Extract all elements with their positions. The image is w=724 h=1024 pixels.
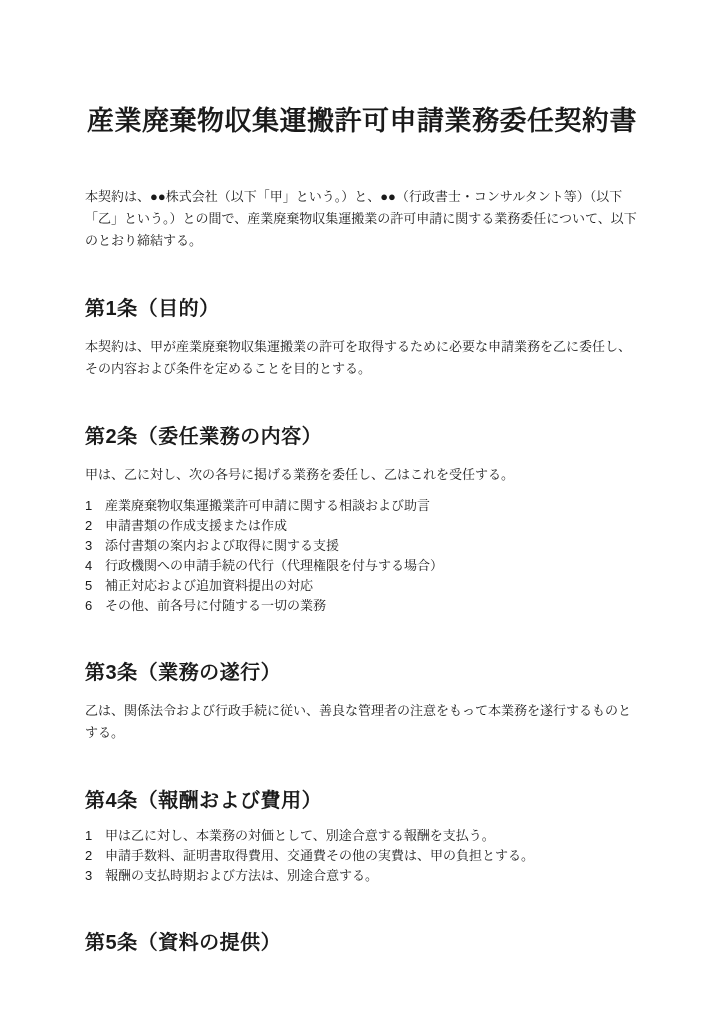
- article-paragraph: 甲は、乙に対し、次の各号に掲げる業務を委任し、乙はこれを受任する。: [85, 464, 639, 486]
- document-title: 産業廃棄物収集運搬許可申請業務委任契約書: [85, 100, 639, 142]
- item-number: 3: [85, 866, 105, 886]
- item-number: 6: [85, 596, 105, 616]
- item-text: 添付書類の案内および取得に関する支援: [105, 536, 639, 556]
- item-number: 2: [85, 516, 105, 536]
- item-number: 1: [85, 826, 105, 846]
- list-item: 2申請手数料、証明書取得費用、交通費その他の実費は、甲の負担とする。: [85, 846, 639, 866]
- article-section: 第5条（資料の提供）: [85, 928, 639, 958]
- article-heading: 第1条（目的）: [85, 294, 639, 324]
- articles-container: 第1条（目的）本契約は、甲が産業廃棄物収集運搬業の許可を取得するために必要な申請…: [85, 294, 639, 958]
- list-item: 4行政機関への申請手続の代行（代理権限を付与する場合）: [85, 556, 639, 576]
- numbered-list: 1甲は乙に対し、本業務の対価として、別途合意する報酬を支払う。2申請手数料、証明…: [85, 826, 639, 886]
- article-section: 第1条（目的）本契約は、甲が産業廃棄物収集運搬業の許可を取得するために必要な申請…: [85, 294, 639, 380]
- article-section: 第3条（業務の遂行）乙は、関係法令および行政手続に従い、善良な管理者の注意をもっ…: [85, 658, 639, 744]
- item-text: その他、前各号に付随する一切の業務: [105, 596, 639, 616]
- item-number: 5: [85, 576, 105, 596]
- article-paragraph: 本契約は、甲が産業廃棄物収集運搬業の許可を取得するために必要な申請業務を乙に委任…: [85, 336, 639, 380]
- article-heading: 第5条（資料の提供）: [85, 928, 639, 958]
- article-heading: 第2条（委任業務の内容）: [85, 422, 639, 452]
- item-number: 3: [85, 536, 105, 556]
- item-text: 産業廃棄物収集運搬業許可申請に関する相談および助言: [105, 496, 639, 516]
- list-item: 1産業廃棄物収集運搬業許可申請に関する相談および助言: [85, 496, 639, 516]
- list-item: 2申請書類の作成支援または作成: [85, 516, 639, 536]
- article-section: 第4条（報酬および費用）1甲は乙に対し、本業務の対価として、別途合意する報酬を支…: [85, 786, 639, 886]
- list-item: 6その他、前各号に付随する一切の業務: [85, 596, 639, 616]
- item-text: 甲は乙に対し、本業務の対価として、別途合意する報酬を支払う。: [105, 826, 639, 846]
- item-number: 1: [85, 496, 105, 516]
- article-heading: 第3条（業務の遂行）: [85, 658, 639, 688]
- item-text: 行政機関への申請手続の代行（代理権限を付与する場合）: [105, 556, 639, 576]
- item-text: 申請書類の作成支援または作成: [105, 516, 639, 536]
- item-number: 4: [85, 556, 105, 576]
- item-number: 2: [85, 846, 105, 866]
- list-item: 3報酬の支払時期および方法は、別途合意する。: [85, 866, 639, 886]
- numbered-list: 1産業廃棄物収集運搬業許可申請に関する相談および助言2申請書類の作成支援または作…: [85, 496, 639, 616]
- article-paragraph: 乙は、関係法令および行政手続に従い、善良な管理者の注意をもって本業務を遂行するも…: [85, 700, 639, 744]
- list-item: 3添付書類の案内および取得に関する支援: [85, 536, 639, 556]
- contract-document-page: 産業廃棄物収集運搬許可申請業務委任契約書 本契約は、●●株式会社（以下「甲」とい…: [0, 0, 724, 1024]
- article-section: 第2条（委任業務の内容）甲は、乙に対し、次の各号に掲げる業務を委任し、乙はこれを…: [85, 422, 639, 616]
- item-text: 申請手数料、証明書取得費用、交通費その他の実費は、甲の負担とする。: [105, 846, 639, 866]
- list-item: 1甲は乙に対し、本業務の対価として、別途合意する報酬を支払う。: [85, 826, 639, 846]
- list-item: 5補正対応および追加資料提出の対応: [85, 576, 639, 596]
- item-text: 報酬の支払時期および方法は、別途合意する。: [105, 866, 639, 886]
- item-text: 補正対応および追加資料提出の対応: [105, 576, 639, 596]
- article-heading: 第4条（報酬および費用）: [85, 786, 639, 816]
- intro-paragraph: 本契約は、●●株式会社（以下「甲」という。）と、●●（行政書士・コンサルタント等…: [85, 186, 639, 252]
